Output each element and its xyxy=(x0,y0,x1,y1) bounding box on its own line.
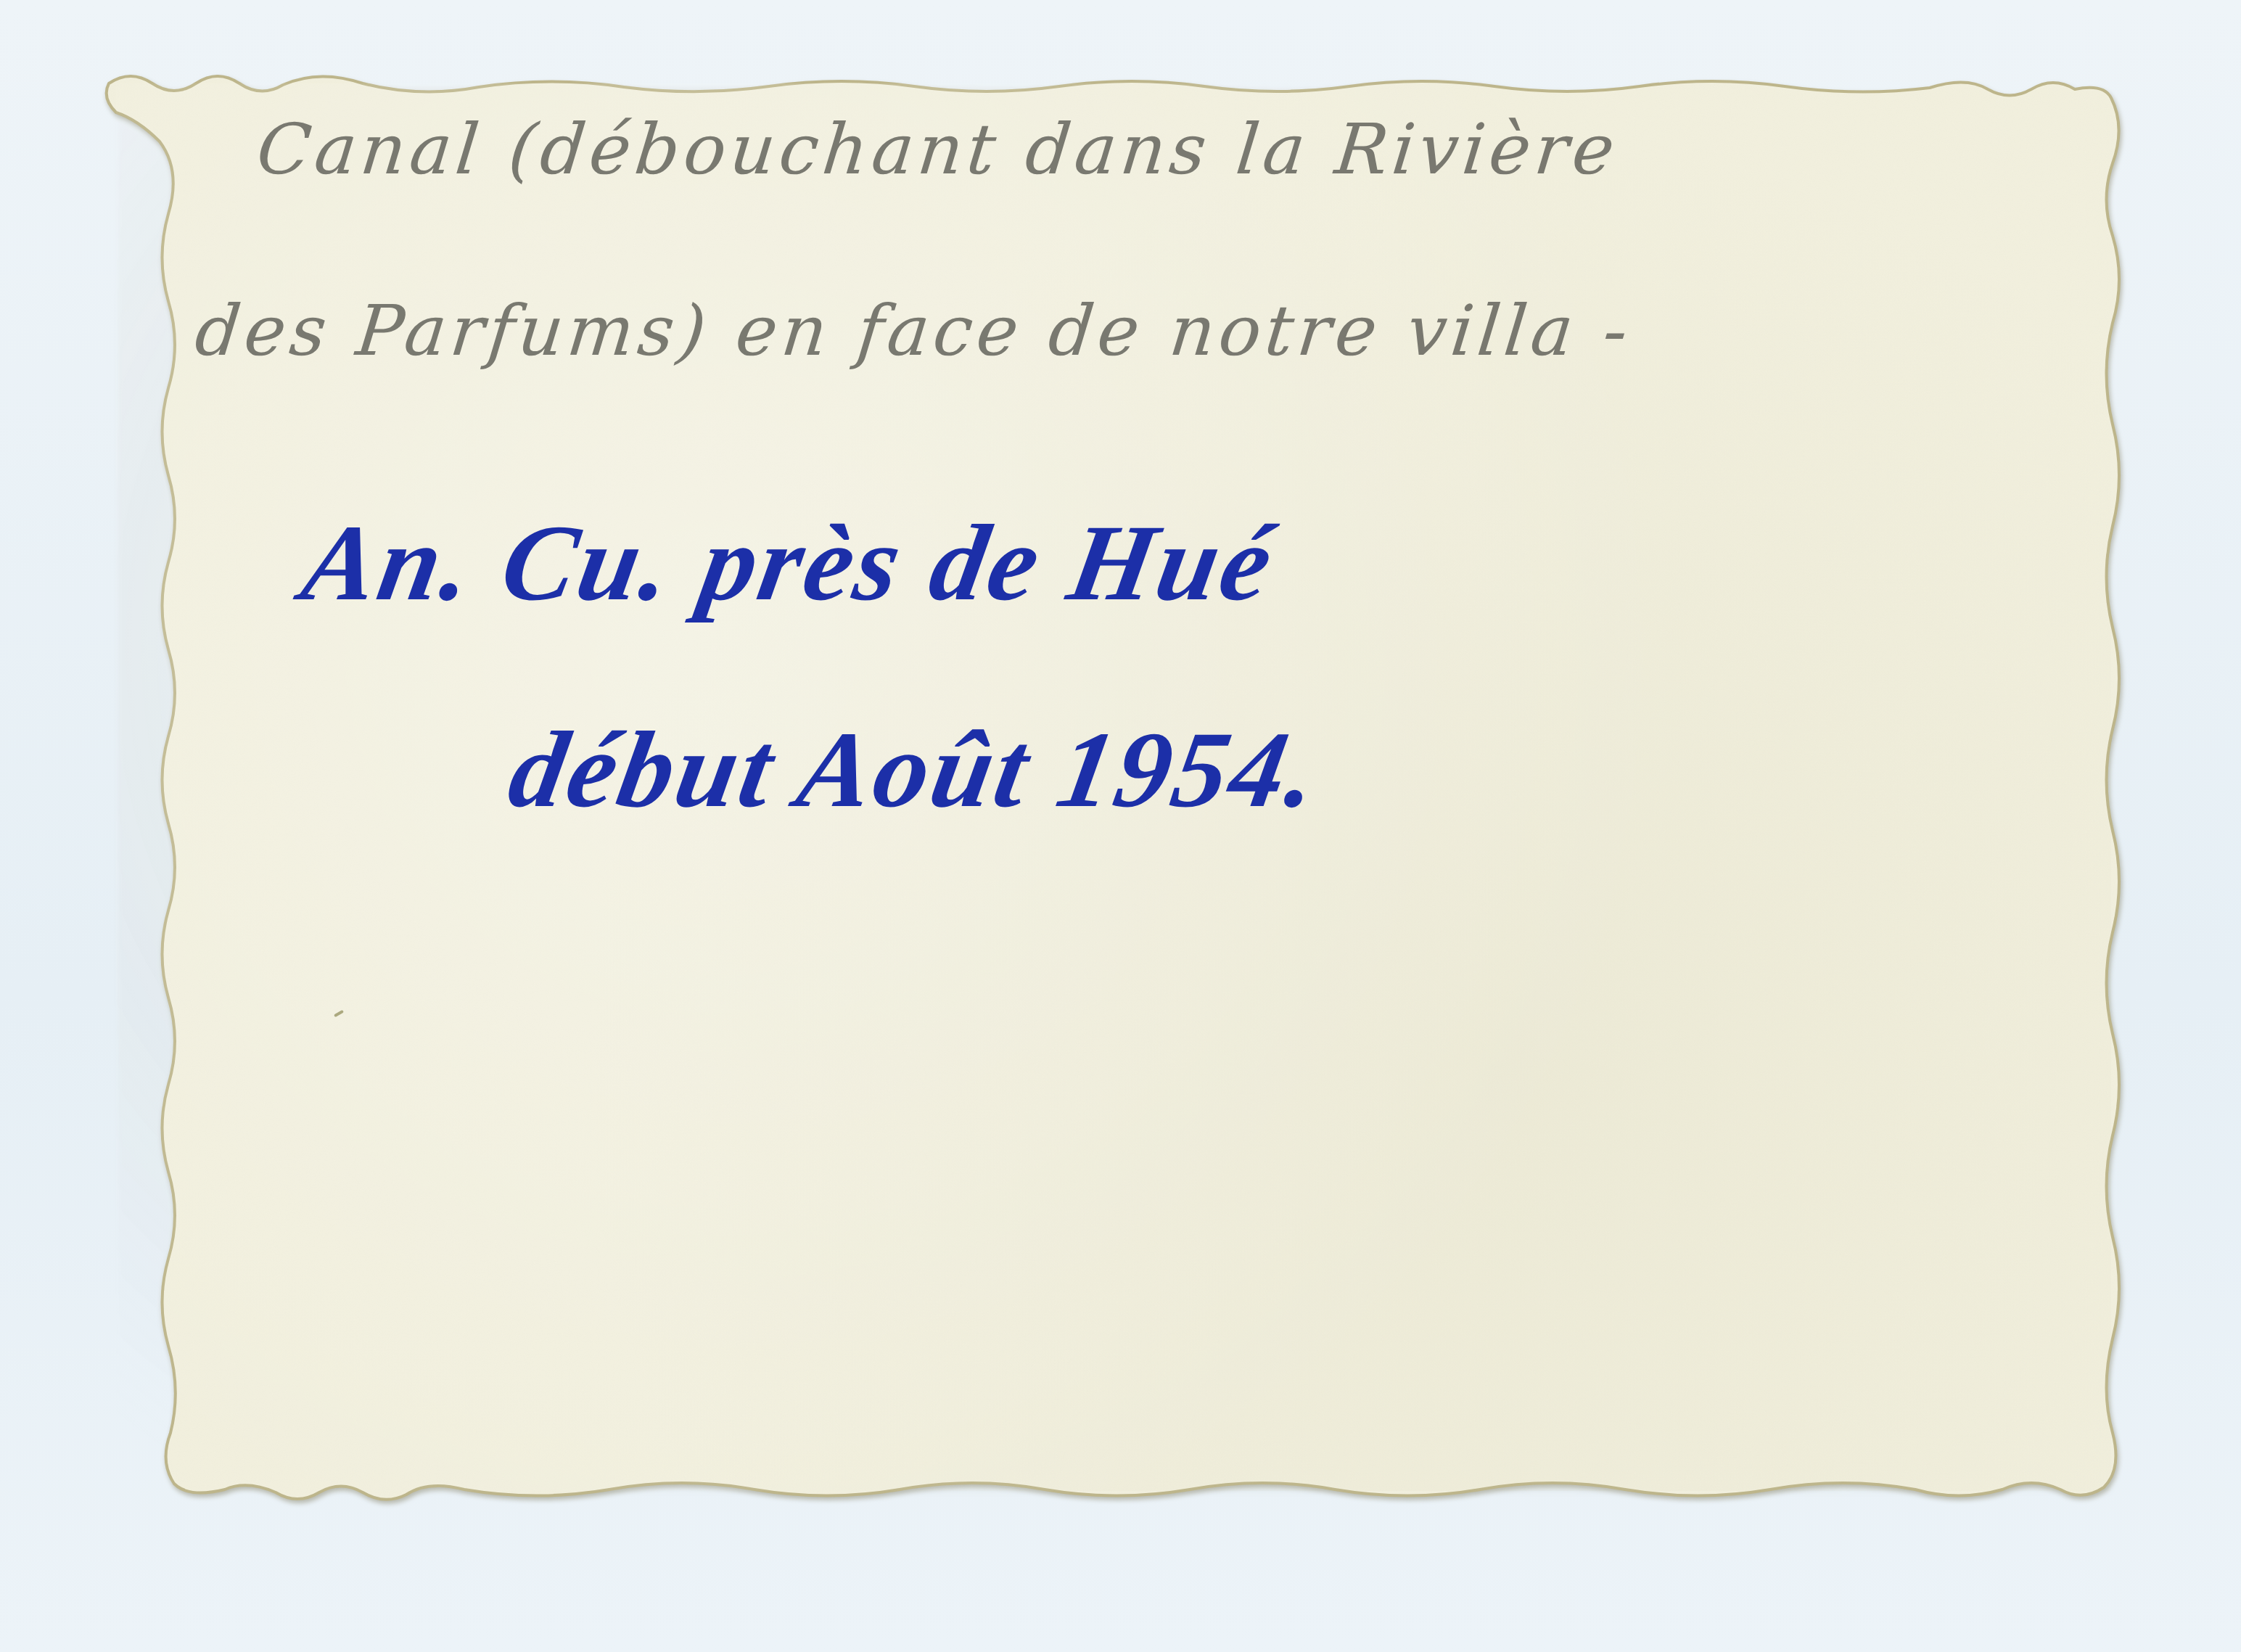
ink-caption-location: An. Cu. près de Hué xyxy=(294,501,1284,625)
ink-caption-date: début Août 1954. xyxy=(501,707,1330,832)
pencil-caption-line-1: Canal (débouchant dans la Rivière xyxy=(253,109,1622,190)
pencil-caption-line-2: des Parfums) en face de notre villa - xyxy=(192,290,1636,371)
